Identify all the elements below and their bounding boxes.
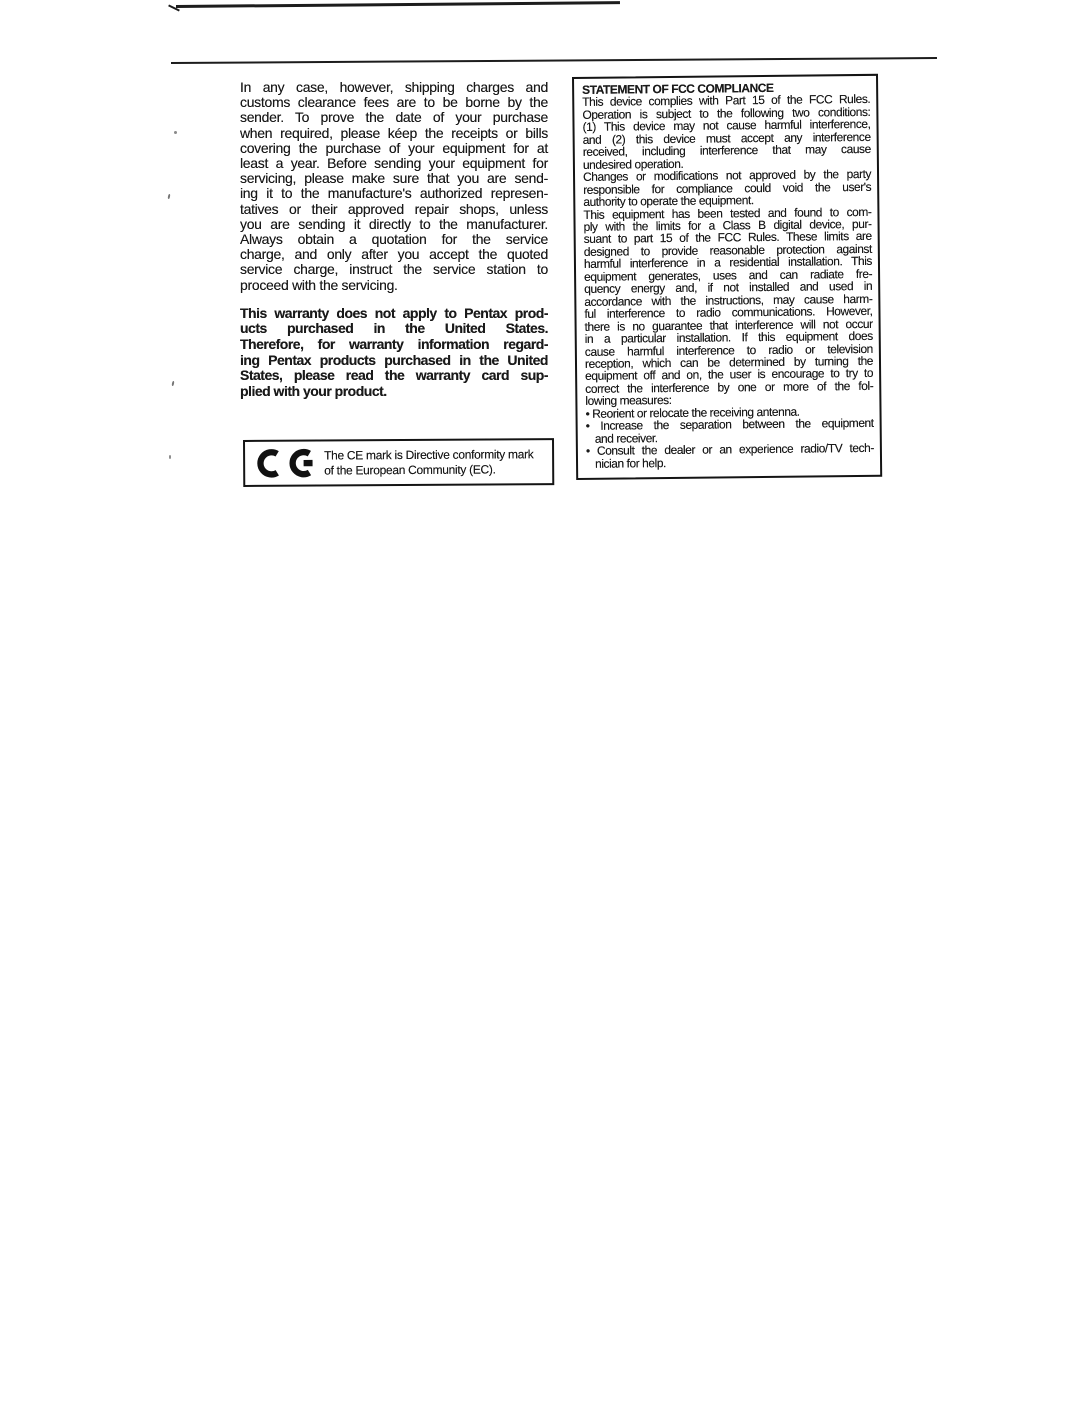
text-line: charge, and only after you accept the qu… xyxy=(240,247,548,262)
text-line: covering the purchase of your equipment … xyxy=(240,141,548,156)
text-line: sender. To prove the date of your purcha… xyxy=(240,110,548,125)
left-text-column: In any case, however, shipping charges a… xyxy=(240,80,548,399)
text-line: In any case, however, shipping charges a… xyxy=(240,80,548,95)
ce-notice-line-2: of the European Community (EC). xyxy=(324,462,533,478)
text-line: • Increase the separation between the eq… xyxy=(586,417,874,432)
second-horizontal-rule xyxy=(171,57,937,64)
ce-notice-text: The CE mark is Directive conformity mark… xyxy=(324,447,534,477)
text-line: service charge, instruct the service sta… xyxy=(240,262,548,277)
margin-speck-artifact xyxy=(169,455,171,459)
text-line: customs clearance fees are to be borne b… xyxy=(240,95,548,110)
text-line: when required, please kéep the receipts … xyxy=(240,126,548,141)
text-line: you are sending it directly to the manuf… xyxy=(240,217,548,232)
text-line: plied with your product. xyxy=(240,384,548,400)
text-line: received, including interference that ma… xyxy=(583,143,871,158)
ce-mark-logo xyxy=(256,447,314,480)
text-line: States, please read the warranty card su… xyxy=(240,368,548,384)
text-line: Always obtain a quotation for the servic… xyxy=(240,232,548,247)
margin-speck-artifact xyxy=(168,194,171,199)
warranty-disclaimer-paragraph: This warranty does not apply to Pentax p… xyxy=(240,306,548,400)
text-line: tatives or their approved repair shops, … xyxy=(240,202,548,217)
text-line: proceed with the servicing. xyxy=(240,278,548,293)
text-line: servicing, please make sure that you are… xyxy=(240,171,548,186)
scanned-manual-page: In any case, however, shipping charges a… xyxy=(0,0,1080,1409)
ce-notice-line-1: The CE mark is Directive conformity mark xyxy=(324,447,533,463)
fcc-compliance-box: STATEMENT OF FCC COMPLIANCE This device … xyxy=(572,74,882,480)
text-line: • Consult the dealer or an experience ra… xyxy=(586,442,874,457)
text-line: ucts purchased in the United States. xyxy=(240,321,548,337)
text-line: ing it to the manufacture's authorized r… xyxy=(240,186,548,201)
text-line: This warranty does not apply to Pentax p… xyxy=(240,306,548,322)
shipping-charges-paragraph: In any case, however, shipping charges a… xyxy=(240,80,548,293)
ce-notice-box: The CE mark is Directive conformity mark… xyxy=(243,438,554,487)
margin-speck-artifact xyxy=(174,131,177,134)
top-horizontal-rule xyxy=(176,1,620,8)
text-line: least a year. Before sending your equipm… xyxy=(240,156,548,171)
margin-speck-artifact xyxy=(172,381,175,386)
fcc-statement-body: This device complies with Part 15 of the… xyxy=(582,93,874,470)
text-line: Therefore, for warranty information rega… xyxy=(240,337,548,353)
text-line: nician for help. xyxy=(586,454,874,469)
text-line: ing Pentax products purchased in the Uni… xyxy=(240,353,548,369)
